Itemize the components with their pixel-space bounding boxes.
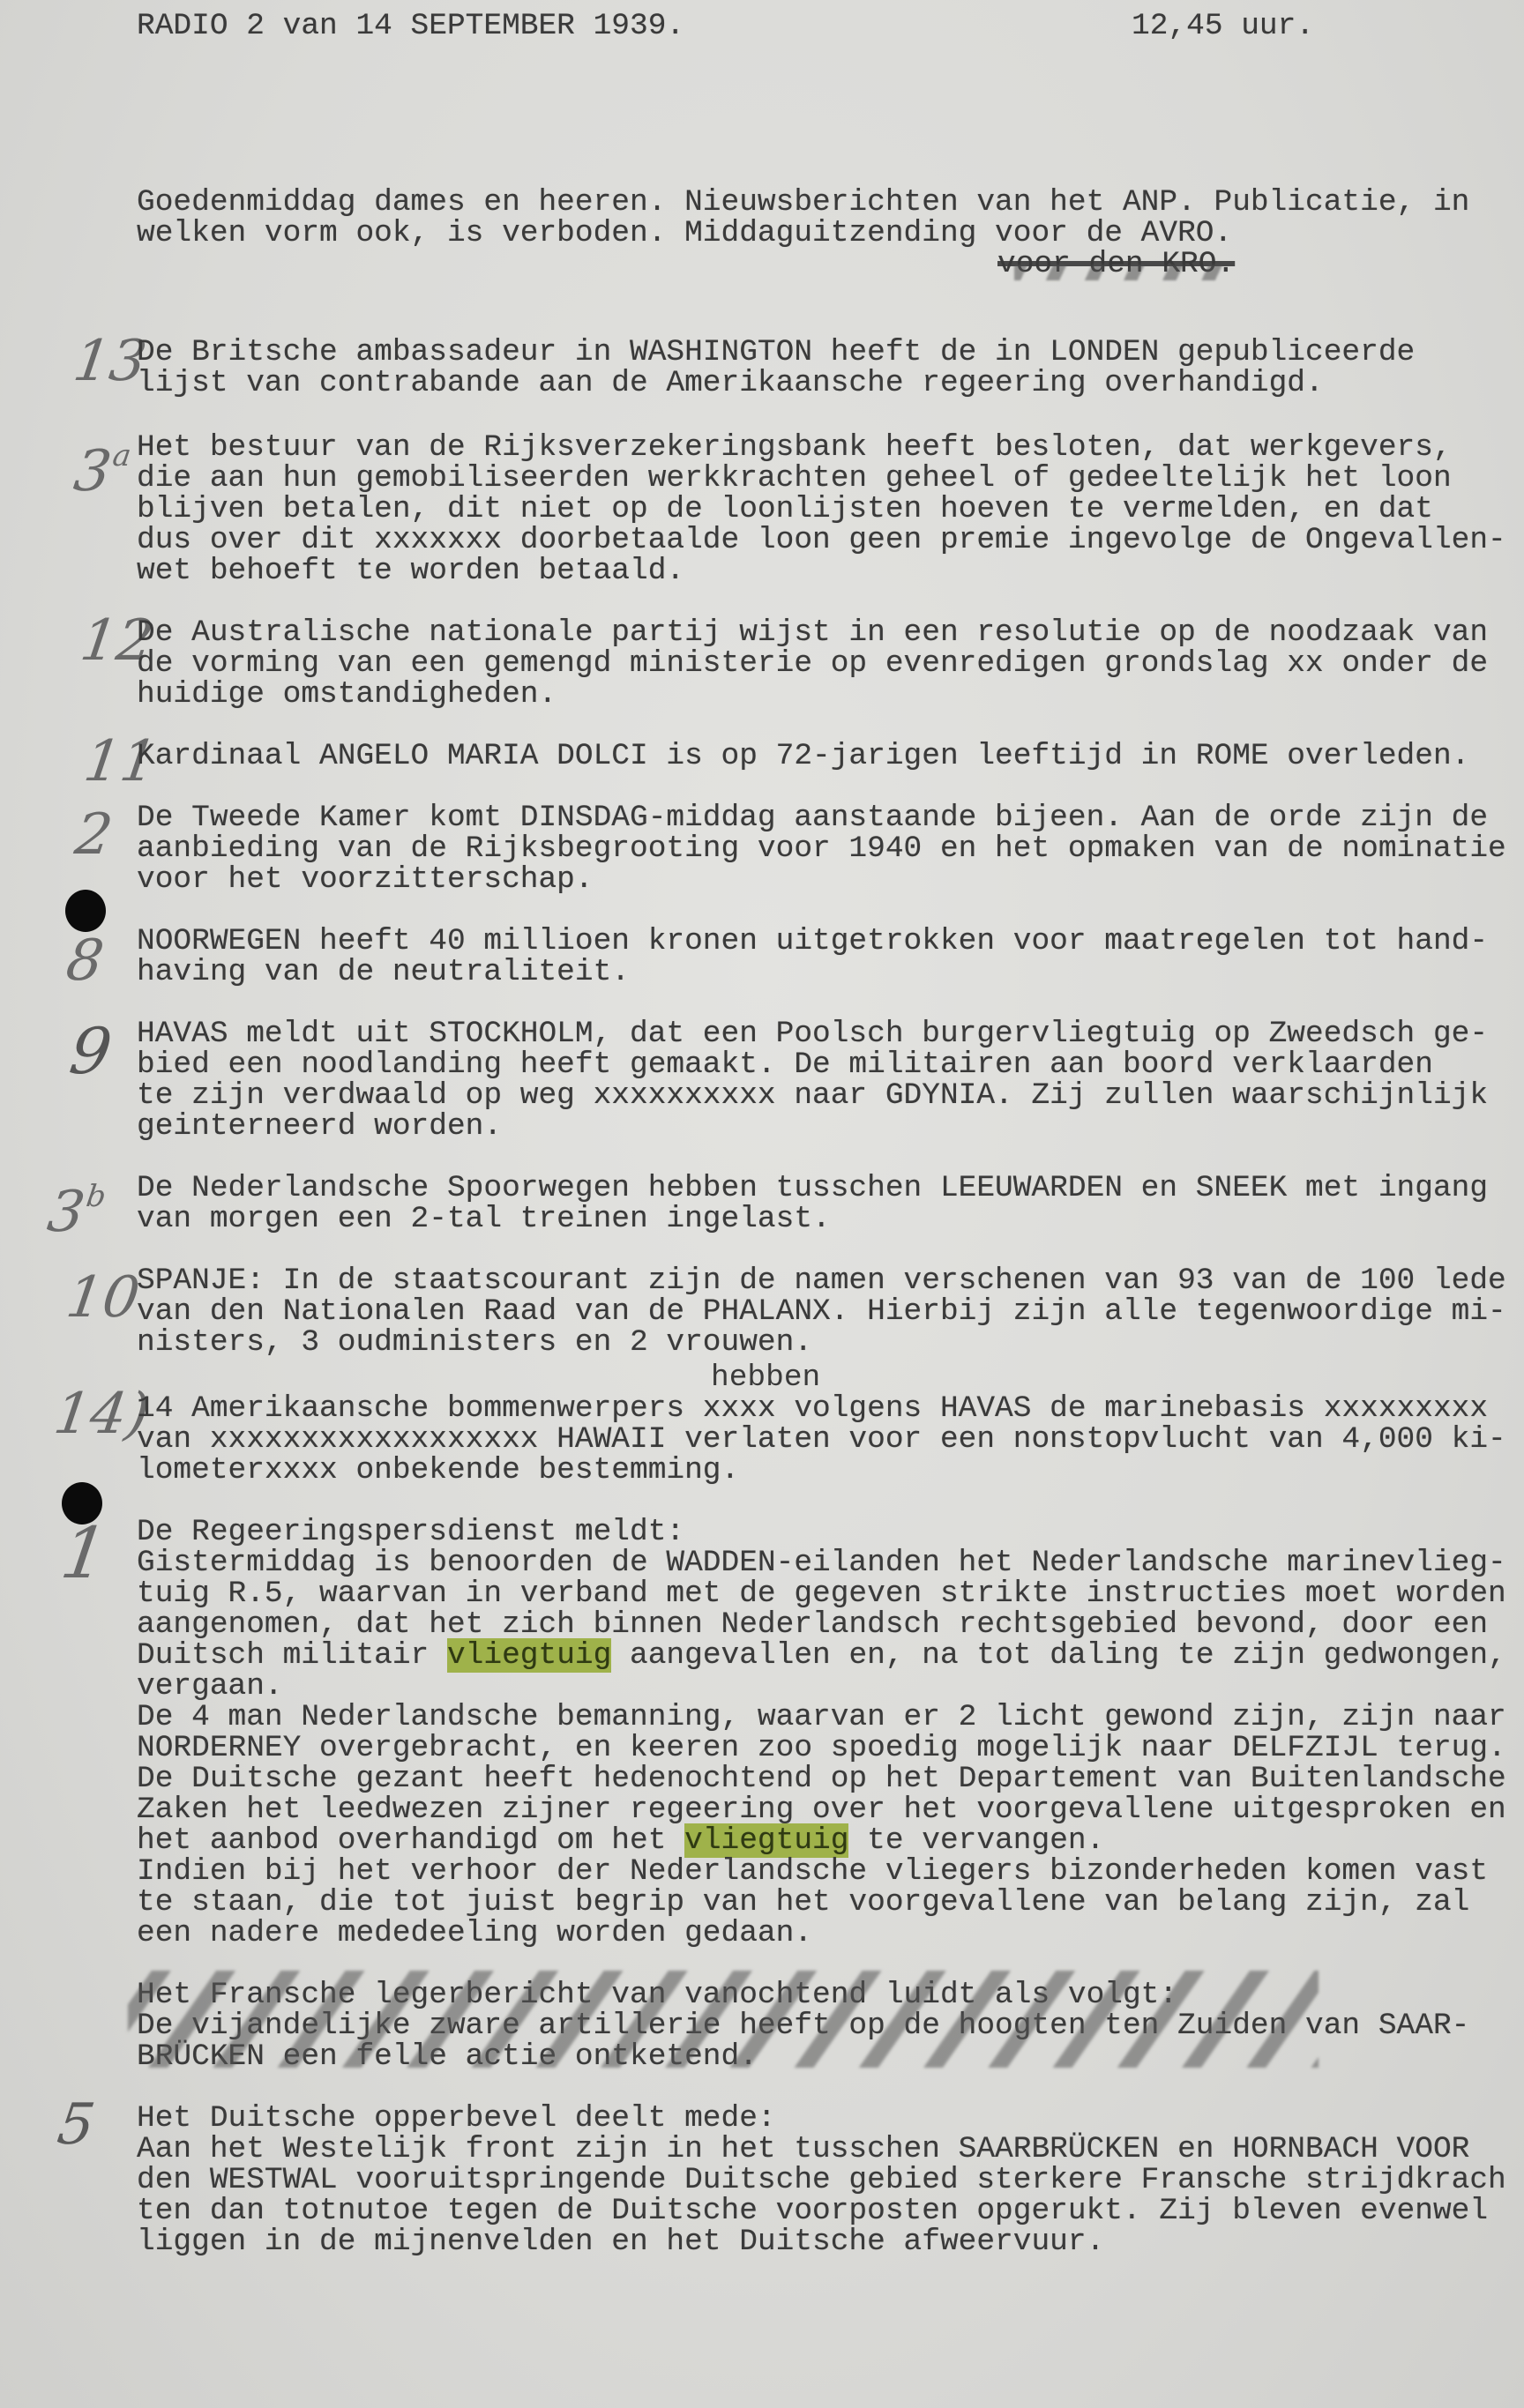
news-item-line: te zijn verdwaald op weg xxxxxxxxxx naar… bbox=[137, 1080, 1488, 1111]
news-item-line: Aan het Westelijk front zijn in het tuss… bbox=[137, 2134, 1469, 2165]
news-item-line: 14 Amerikaansche bommenwerpers xxxx volg… bbox=[137, 1393, 1488, 1424]
news-item-line-with-highlight: het aanbod overhandigd om het vliegtuig … bbox=[137, 1825, 1104, 1856]
news-item-line: dus over dit xxxxxxx doorbetaalde loon g… bbox=[137, 525, 1506, 555]
news-item-line: De Australische nationale partij wijst i… bbox=[137, 617, 1488, 648]
news-item-line: De Britsche ambassadeur in WASHINGTON he… bbox=[137, 337, 1415, 368]
news-item-line: den WESTWAL vooruitspringende Duitsche g… bbox=[137, 2165, 1506, 2196]
typewritten-news-bulletin: RADIO 2 van 14 SEPTEMBER 1939. 12,45 uur… bbox=[0, 0, 1524, 2408]
news-item-line: SPANJE: In de staatscourant zijn de name… bbox=[137, 1265, 1506, 1296]
news-item-line: geinterneerd worden. bbox=[137, 1111, 502, 1142]
news-item-line: De 4 man Nederlandsche bemanning, waarva… bbox=[137, 1702, 1506, 1733]
news-item-line: Het Duitsche opperbevel deelt mede: bbox=[137, 2103, 776, 2134]
news-item-line: having van de neutraliteit. bbox=[137, 957, 630, 988]
news-item-line: De Nederlandsche Spoorwegen hebben tussc… bbox=[137, 1173, 1488, 1204]
news-item-line: te staan, die tot juist begrip van het v… bbox=[137, 1887, 1469, 1918]
news-item-line: De Duitsche gezant heeft hedenochtend op… bbox=[137, 1763, 1506, 1794]
news-item-line: die aan hun gemobiliseerden werkkrachten… bbox=[137, 463, 1452, 494]
news-item-line: van den Nationalen Raad van de PHALANX. … bbox=[137, 1296, 1506, 1327]
news-item-line: van xxxxxxxxxxxxxxxxxx HAWAII verlaten v… bbox=[137, 1424, 1506, 1455]
news-item-line: Indien bij het verhoor der Nederlandsche… bbox=[137, 1856, 1488, 1887]
news-item-line: Zaken het leedwezen zijner regeering ove… bbox=[137, 1794, 1506, 1825]
intro-line: Goedenmiddag dames en heeren. Nieuwsberi… bbox=[137, 187, 1469, 218]
bulletin-title: RADIO 2 van 14 SEPTEMBER 1939. bbox=[137, 11, 684, 41]
news-item-line: De Regeeringspersdienst meldt: bbox=[137, 1517, 684, 1547]
margin-number-annotation: 5 bbox=[55, 2097, 99, 2153]
news-item-line: tuig R.5, waarvan in verband met de gege… bbox=[137, 1578, 1506, 1609]
margin-number-annotation: 2 bbox=[72, 807, 116, 863]
margin-number-annotation: 9 bbox=[67, 1023, 116, 1079]
news-item-line-with-highlight: Duitsch militair vliegtuig aangevallen e… bbox=[137, 1640, 1506, 1671]
scribble-mark bbox=[1014, 265, 1235, 280]
news-item-line: huidige omstandigheden. bbox=[137, 679, 557, 710]
news-item-line: Gistermiddag is benoorden de WADDEN-eila… bbox=[137, 1547, 1506, 1578]
crossed-out-scribble bbox=[128, 1971, 1319, 2068]
news-item-line: lijst van contrabande aan de Amerikaansc… bbox=[137, 368, 1324, 399]
news-item-line: NOORWEGEN heeft 40 millioen kronen uitge… bbox=[137, 926, 1488, 957]
news-item-line: aangenomen, dat het zich binnen Nederlan… bbox=[137, 1609, 1488, 1640]
intro-line: welken vorm ook, is verboden. Middaguitz… bbox=[137, 218, 1232, 249]
news-item-line: De Tweede Kamer komt DINSDAG-middag aans… bbox=[137, 802, 1488, 833]
news-item-line: ten dan totnutoe tegen de Duitsche voorp… bbox=[137, 2196, 1488, 2226]
text-segment: aangevallen en, na tot daling te zijn ge… bbox=[611, 1638, 1505, 1673]
news-item-line: blijven betalen, dit niet op de loonlijs… bbox=[137, 494, 1433, 525]
news-item-line: nisters, 3 oudministers en 2 vrouwen. bbox=[137, 1327, 812, 1358]
news-item-line: Het bestuur van de Rijksverzekeringsbank… bbox=[137, 432, 1452, 463]
bulletin-time: 12,45 uur. bbox=[1132, 11, 1314, 41]
inserted-correction: hebben bbox=[711, 1362, 820, 1393]
punch-hole bbox=[65, 890, 106, 932]
text-segment: te vervangen. bbox=[848, 1823, 1104, 1858]
margin-number-annotation: 8 bbox=[63, 933, 108, 989]
news-item-line: de vorming van een gemengd ministerie op… bbox=[137, 648, 1488, 679]
news-item-line: vergaan. bbox=[137, 1671, 283, 1702]
news-item-line: liggen in de mijnenvelden en het Duitsch… bbox=[137, 2226, 1104, 2257]
news-item-line: aanbieding van de Rijksbegrooting voor 1… bbox=[137, 833, 1506, 864]
text-segment: Duitsch militair bbox=[137, 1638, 447, 1673]
margin-number-annotation: 1 bbox=[58, 1525, 111, 1582]
news-item-line: voor het voorzitterschap. bbox=[137, 864, 594, 895]
news-item-line: HAVAS meldt uit STOCKHOLM, dat een Pools… bbox=[137, 1018, 1488, 1049]
news-item-line: bied een noodlanding heeft gemaakt. De m… bbox=[137, 1049, 1433, 1080]
news-item-line: een nadere mededeeling worden gedaan. bbox=[137, 1918, 812, 1949]
highlighted-word: vliegtuig bbox=[684, 1823, 848, 1858]
margin-number-annotation: 3a bbox=[71, 428, 135, 500]
news-item-line: Kardinaal ANGELO MARIA DOLCI is op 72-ja… bbox=[137, 741, 1469, 772]
margin-number-annotation: 10 bbox=[63, 1270, 143, 1326]
highlighted-word: vliegtuig bbox=[447, 1638, 611, 1673]
news-item-line: lometerxxxx onbekende bestemming. bbox=[137, 1455, 739, 1486]
news-item-line: wet behoeft te worden betaald. bbox=[137, 555, 684, 586]
news-item-line: NORDERNEY overgebracht, en keeren zoo sp… bbox=[137, 1733, 1506, 1763]
margin-number-annotation: 3b bbox=[44, 1168, 109, 1241]
text-segment: het aanbod overhandigd om het bbox=[137, 1823, 684, 1858]
news-item-line: van morgen een 2-tal treinen ingelast. bbox=[137, 1204, 831, 1234]
